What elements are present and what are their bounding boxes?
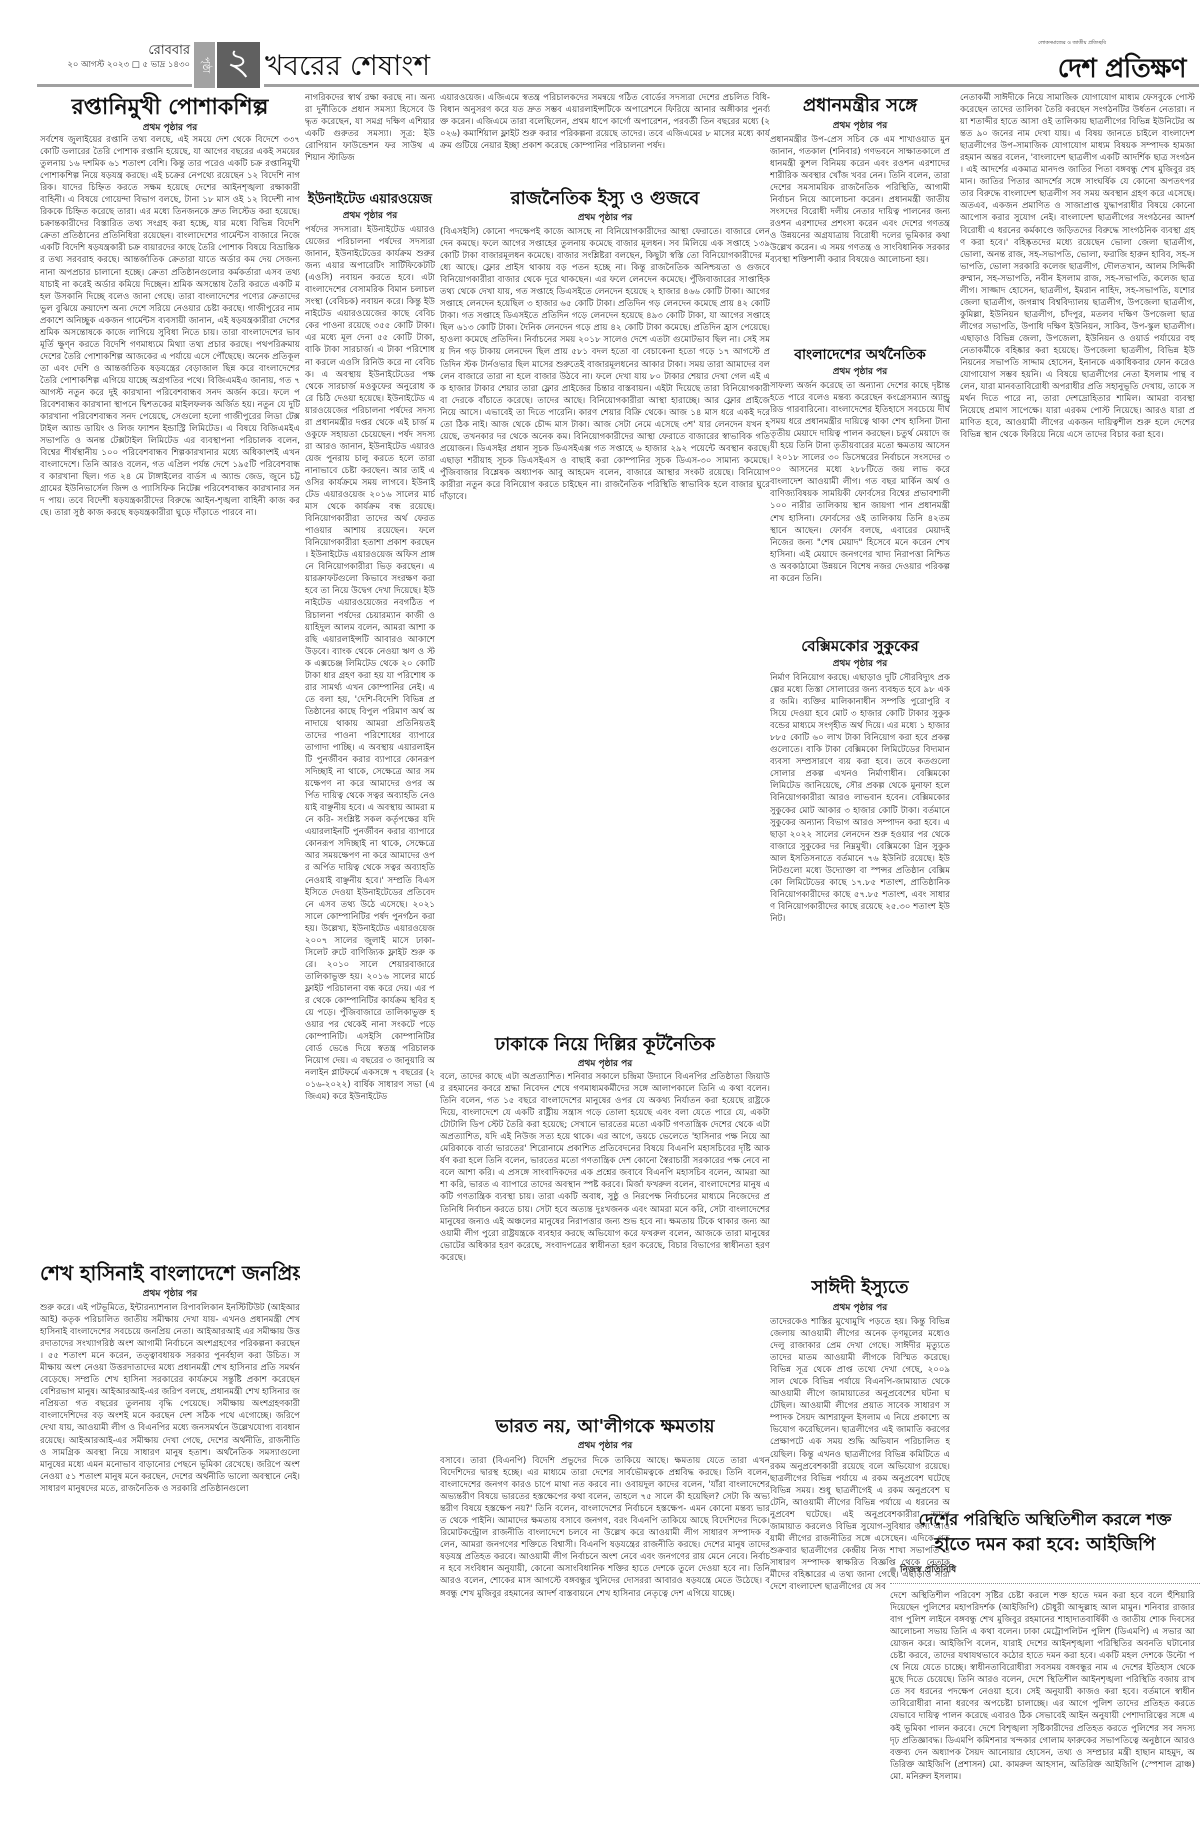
headline-igp-line2: হাতে দমন করা হবে: আইজিপি [890,1532,1200,1558]
continued-label: প্রথম পৃষ্ঠার পর [440,212,770,224]
continued-label: প্রথম পৃষ্ঠার পর [770,1302,950,1314]
issue-day: রোববার [40,43,190,59]
continued-label: প্রথম পৃষ্ঠার পর [770,658,950,670]
article-body-dhaka-diplomacy: বলে, তাদের কাছে এটা অপ্রত্যাশিত। শনিবার … [440,1071,770,1411]
continued-label: প্রথম পৃষ্ঠার পর [40,1288,300,1300]
article-body-united-airways: পর্ষদের সদস্যরা। ইউনাইটেড এয়ারওয়েজের প… [305,224,435,1804]
byline-text: নিজস্ব প্রতিনিধি [900,1565,956,1575]
article-body-hasina-popular: শুরু করে। এই পটভূমিতে, ইন্টারন্যাশনাল রি… [40,1302,300,1802]
headline-pm-meeting: প্রধানমন্ত্রীর সঙ্গে [770,92,950,120]
article-economy: বাংলাদেশের অর্থনৈতিক প্রথম পৃষ্ঠার পর [770,344,950,378]
headline-hasina-popular: শেখ হাসিনাই বাংলাদেশে জনপ্রিয় নেতা [40,1258,300,1288]
article-body-igp: দেশে অস্থিতিশীল পরিবেশ সৃষ্টির চেষ্টা কর… [890,1590,1195,1810]
headline-bexico: বেক্সিমকোর সুকুকের [770,634,950,658]
headline-united-airways: ইউনাইটেড এয়ারওয়েজ [305,190,435,210]
article-political-issue: রাজনৈতিক ইস্যু ও গুজবে প্রথম পৃষ্ঠার পর [440,186,770,224]
article-igp: দেশের পরিস্থিতি অস্থিতিশীল করলে শক্ত হাত… [890,1508,1200,1590]
byline: নিজস্ব প্রতিনিধি [890,1562,1200,1577]
headline-garments: রপ্তানিমুখী পোশাকশিল্প [40,92,300,122]
masthead: রোববার ২০ আগস্ট ২০২৩ □ ৫ ভাদ্র ১৪৩০ পৃষ্… [0,0,1200,88]
article-body-united-cont: এয়ারওয়েজ। এজিএমে স্বতন্ত্র পরিচালকদের … [440,92,770,184]
headline-political-issue: রাজনৈতিক ইস্যু ও গুজবে [440,186,770,212]
page-number: ২ [217,42,260,88]
continued-label: প্রথম পৃষ্ঠার পর [40,122,300,134]
article-body-garments: সর্বশেষ জুলাইয়ের রপ্তানি তথ্য বলছে, এই … [40,134,300,1254]
brand-name: দেশ প্রতিক্ষণ [1038,48,1186,92]
headline-economy: বাংলাদেশের অর্থনৈতিক [770,344,950,366]
headline-igp-line1: দেশের পরিস্থিতি অস্থিতিশীল করলে শক্ত [890,1508,1200,1532]
continued-label: প্রথম পৃষ্ঠার পর [440,1440,770,1452]
continued-label: প্রথম পৃষ্ঠার পর [770,120,950,132]
header-rule-left [37,84,192,87]
continued-label: প্রথম পৃষ্ঠার পর [770,366,950,378]
article-body-bexico: নির্মাণ বিনিয়োগ করছে। এছাড়াও দুটি সৌরব… [770,672,950,1272]
page-label: পৃষ্ঠা [194,42,215,88]
article-bexico: বেক্সিমকোর সুকুকের প্রথম পৃষ্ঠার পর [770,634,950,670]
continued-label: প্রথম পৃষ্ঠার পর [440,1058,770,1070]
divider [890,1583,1200,1584]
article-body-india-no: বসাবে। তারা (বিএনপি) বিদেশি প্রভুদের দিক… [440,1455,770,1805]
article-body-pm-meeting: প্রধানমন্ত্রীর উপ-প্রেস সচিব কে এম শাখাও… [770,134,950,340]
date-block: রোববার ২০ আগস্ট ২০২৩ □ ৫ ভাদ্র ১৪৩০ [40,43,190,71]
article-body-economy: সাফল্য অর্জন করেছে তা অন্যান্য দেশের কাছ… [770,380,950,626]
bullet-icon [890,1567,896,1573]
headline-india-no: ভারত নয়, আ'লীগকে ক্ষমতায় [440,1414,770,1440]
article-body-chhatraleague: নেতাকর্মী সাঈদীকে নিয়ে সামাজিক যোগাযোগ … [960,92,1195,1502]
article-body-political-issue: (বিএসইসি) কোনো পদক্ষেপই কাজে আসছে না বিন… [440,226,770,1032]
article-body-united-intro: নাগরিকদের স্বার্থ রক্ষা করছে না। অন্যরা … [305,92,435,188]
headline-dhaka-diplomacy: ঢাকাকে নিয়ে দিল্লির কূটনৈতিক [440,1032,770,1058]
issue-date: ২০ আগস্ট ২০২৩ □ ৫ ভাদ্র ১৪৩০ [40,59,190,71]
article-dhaka-diplomacy: ঢাকাকে নিয়ে দিল্লির কূটনৈতিক প্রথম পৃষ্… [440,1032,770,1070]
newspaper-logo: লোকসমাজের ও জাতীয় প্রতিচ্ছবি দেশ প্রতিক… [1038,40,1186,92]
continued-label: প্রথম পৃষ্ঠার পর [305,210,435,222]
brand-tagline: লোকসমাজের ও জাতীয় প্রতিচ্ছবি [1038,40,1106,48]
article-pm-meeting: প্রধানমন্ত্রীর সঙ্গে প্রথম পৃষ্ঠার পর [770,92,950,132]
article-united-airways: ইউনাইটেড এয়ারওয়েজ প্রথম পৃষ্ঠার পর [305,190,435,222]
article-hasina-popular: শেখ হাসিনাই বাংলাদেশে জনপ্রিয় নেতা প্রথ… [40,1258,300,1300]
article-sayeedi: সাঈদী ইস্যুতে প্রথম পৃষ্ঠার পর [770,1274,950,1314]
headline-sayeedi: সাঈদী ইস্যুতে [770,1274,950,1302]
article-india-no: ভারত নয়, আ'লীগকে ক্ষমতায় প্রথম পৃষ্ঠার… [440,1414,770,1452]
